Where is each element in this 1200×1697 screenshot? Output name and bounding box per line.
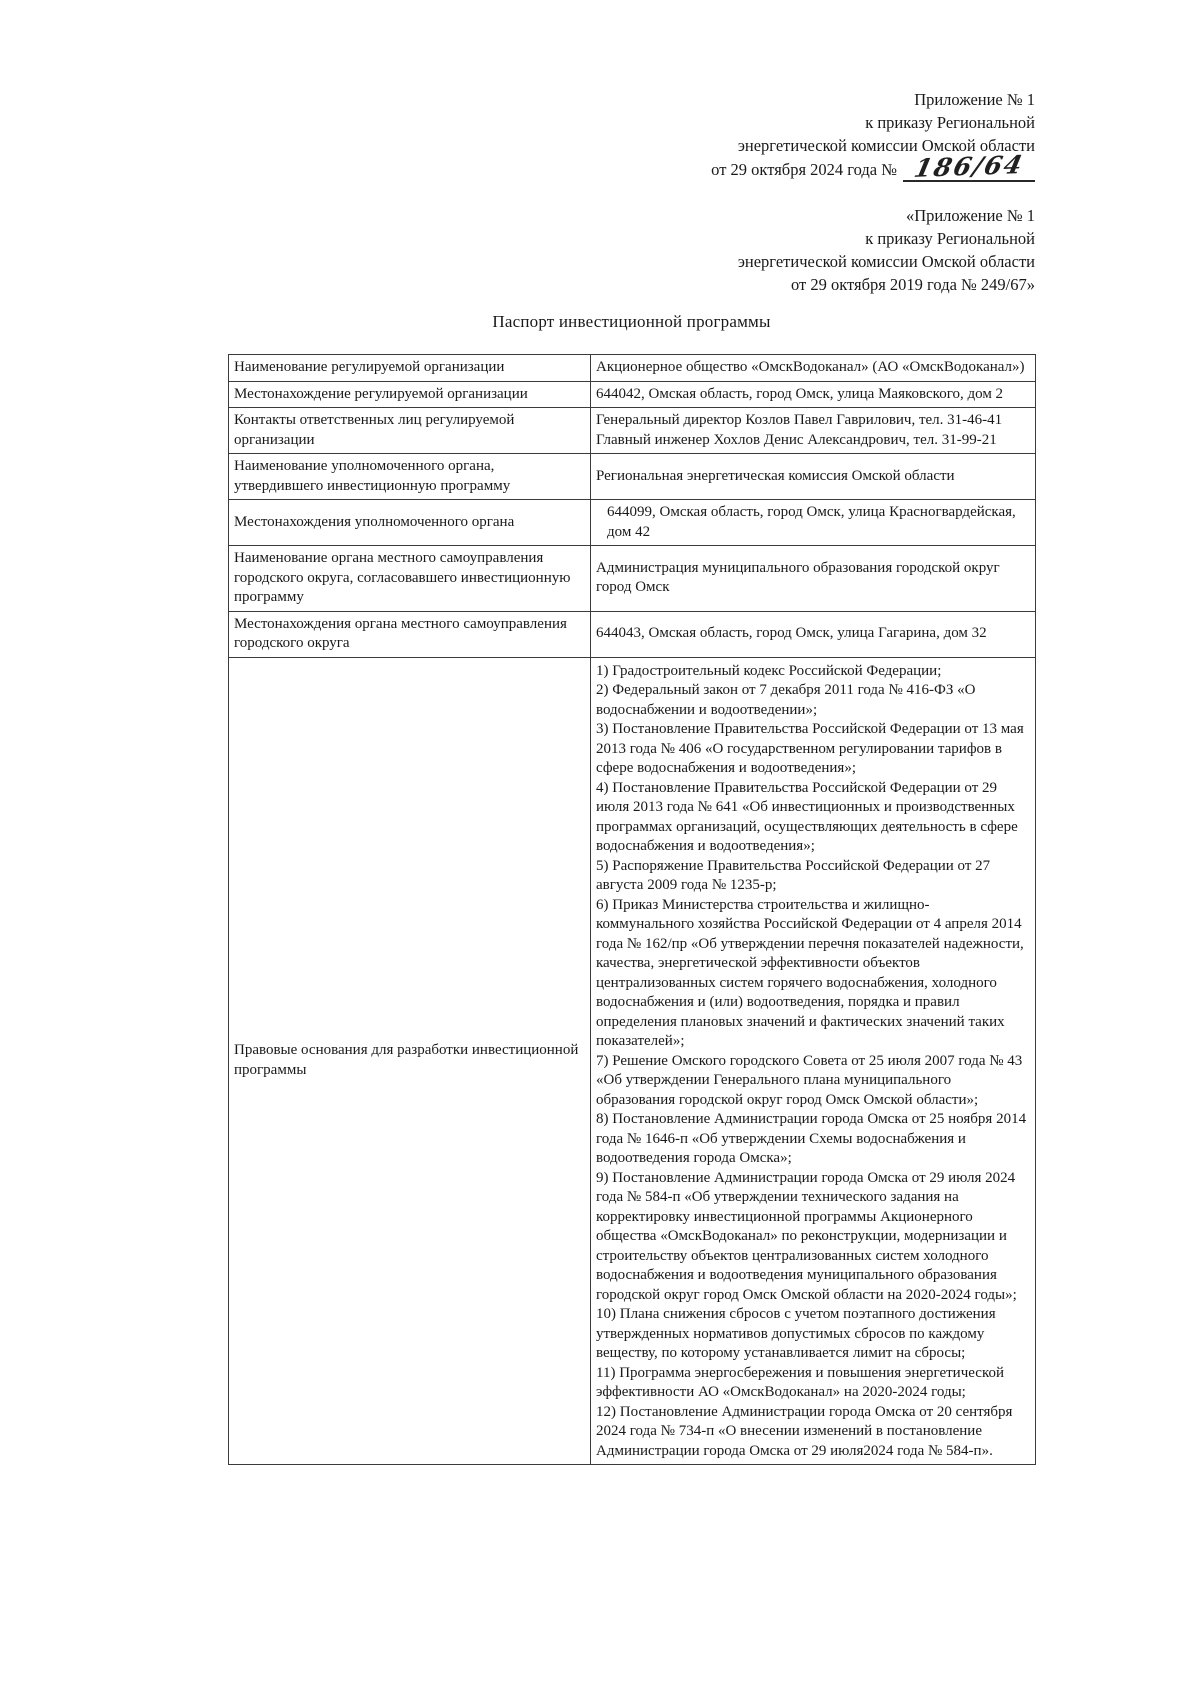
- appendix-line: к приказу Региональной: [228, 111, 1035, 134]
- row-value: Региональная энергетическая комиссия Омс…: [591, 454, 1036, 500]
- row-label: Местонахождение регулируемой организации: [229, 381, 591, 408]
- appendix-line: «Приложение № 1: [228, 204, 1035, 227]
- row-label: Правовые основания для разработки инвест…: [229, 657, 591, 1465]
- table-row: Местонахождения органа местного самоупра…: [229, 611, 1036, 657]
- row-value: Акционерное общество «ОмскВодоканал» (АО…: [591, 355, 1036, 382]
- table-row: Контакты ответственных лиц регулируемой …: [229, 408, 1036, 454]
- appendix-line: энергетической комиссии Омской области: [228, 134, 1035, 157]
- row-label: Местонахождения органа местного самоупра…: [229, 611, 591, 657]
- page-content: Приложение № 1 к приказу Региональной эн…: [228, 0, 1035, 1465]
- legal-basis-item: 1) Градостроительный кодекс Российской Ф…: [596, 662, 1027, 682]
- legal-basis-item: 12) Постановление Администрации города О…: [596, 1403, 1027, 1462]
- value-line: Главный инженер Хохлов Денис Александров…: [596, 431, 1027, 451]
- value-line: Администрация муниципального образования…: [596, 559, 1027, 598]
- appendix-line: от 29 октября 2019 года № 249/67»: [228, 273, 1035, 296]
- order-number-underline: 186/64: [903, 157, 1035, 182]
- appendix-line: энергетической комиссии Омской области: [228, 250, 1035, 273]
- appendix-block-2024: Приложение № 1 к приказу Региональной эн…: [228, 88, 1035, 182]
- appendix-block-2019: «Приложение № 1 к приказу Региональной э…: [228, 204, 1035, 296]
- legal-basis-item: 4) Постановление Правительства Российско…: [596, 779, 1027, 857]
- legal-basis-item: 6) Приказ Министерства строительства и ж…: [596, 896, 1027, 1052]
- row-label: Контакты ответственных лиц регулируемой …: [229, 408, 591, 454]
- handwritten-order-number: 186/64: [912, 155, 1025, 179]
- row-value: 644042, Омская область, город Омск, улиц…: [591, 381, 1036, 408]
- row-value: Генеральный директор Козлов Павел Гаврил…: [591, 408, 1036, 454]
- table-row: Наименование уполномоченного органа, утв…: [229, 454, 1036, 500]
- table-row: Наименование органа местного самоуправле…: [229, 546, 1036, 612]
- legal-basis-item: 11) Программа энергосбережения и повышен…: [596, 1364, 1027, 1403]
- value-line: 644043, Омская область, город Омск, улиц…: [596, 624, 1027, 644]
- legal-basis-item: 8) Постановление Администрации города Ом…: [596, 1110, 1027, 1169]
- scanned-page: Приложение № 1 к приказу Региональной эн…: [0, 0, 1200, 1697]
- appendix-date-line: от 29 октября 2024 года №186/64: [228, 157, 1035, 182]
- row-label: Местонахождения уполномоченного органа: [229, 500, 591, 546]
- row-label: Наименование регулируемой организации: [229, 355, 591, 382]
- document-title: Паспорт инвестиционной программы: [228, 312, 1035, 332]
- appendix-line: Приложение № 1: [228, 88, 1035, 111]
- row-value: 644099, Омская область, город Омск, улиц…: [591, 500, 1036, 546]
- row-label: Наименование органа местного самоуправле…: [229, 546, 591, 612]
- table-row: Местонахождение регулируемой организации…: [229, 381, 1036, 408]
- value-line: 644099, Омская область, город Омск, улиц…: [607, 503, 1027, 542]
- legal-basis-item: 7) Решение Омского городского Совета от …: [596, 1052, 1027, 1111]
- legal-basis-item: 5) Распоряжение Правительства Российской…: [596, 857, 1027, 896]
- passport-table: Наименование регулируемой организации Ак…: [228, 354, 1036, 1465]
- legal-basis-item: 2) Федеральный закон от 7 декабря 2011 г…: [596, 681, 1027, 720]
- value-line: Региональная энергетическая комиссия Омс…: [596, 467, 1027, 487]
- appendix-line: к приказу Региональной: [228, 227, 1035, 250]
- legal-basis-item: 3) Постановление Правительства Российско…: [596, 720, 1027, 779]
- value-line: 644042, Омская область, город Омск, улиц…: [596, 385, 1027, 405]
- table-row: Местонахождения уполномоченного органа 6…: [229, 500, 1036, 546]
- table-row: Наименование регулируемой организации Ак…: [229, 355, 1036, 382]
- row-value-legal-basis-list: 1) Градостроительный кодекс Российской Ф…: [591, 657, 1036, 1465]
- appendix-date-prefix: от 29 октября 2024 года №: [711, 160, 897, 179]
- legal-basis-item: 9) Постановление Администрации города Ом…: [596, 1169, 1027, 1306]
- row-label: Наименование уполномоченного органа, утв…: [229, 454, 591, 500]
- value-line: Акционерное общество «ОмскВодоканал» (АО…: [596, 358, 1027, 378]
- legal-basis-item: 10) Плана снижения сбросов с учетом поэт…: [596, 1305, 1027, 1364]
- row-value: 644043, Омская область, город Омск, улиц…: [591, 611, 1036, 657]
- row-value: Администрация муниципального образования…: [591, 546, 1036, 612]
- table-row-legal-basis: Правовые основания для разработки инвест…: [229, 657, 1036, 1465]
- value-line: Генеральный директор Козлов Павел Гаврил…: [596, 411, 1027, 431]
